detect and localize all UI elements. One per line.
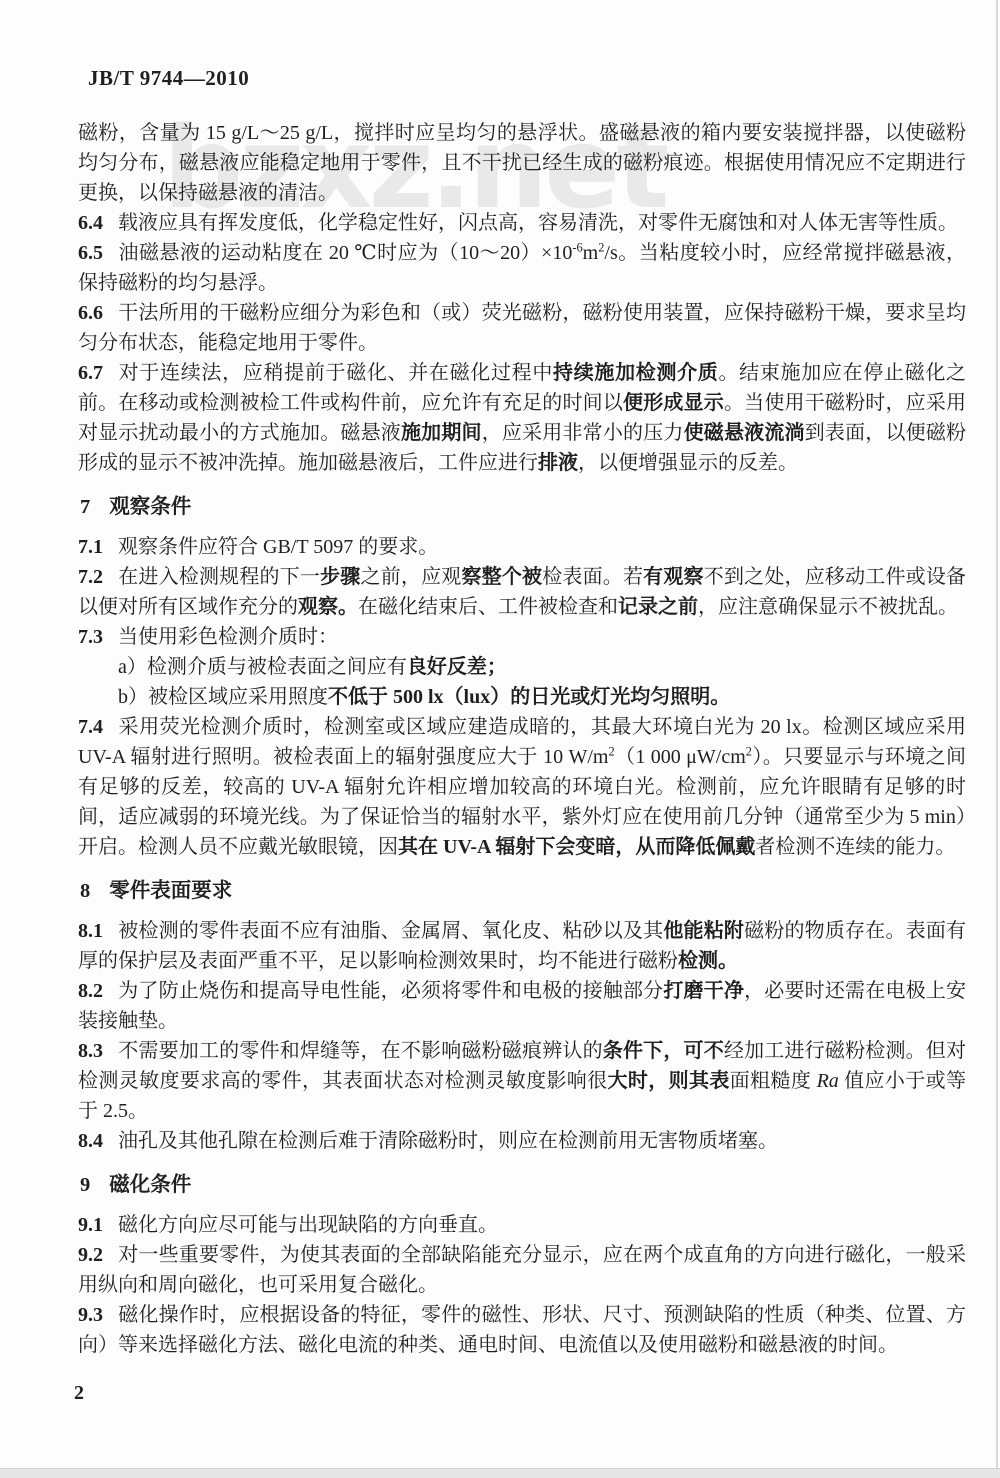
text-run: 零件表面要求 <box>109 880 232 902</box>
text-run: 观察条件应符合 GB/T 5097 的要求。 <box>118 536 438 558</box>
clause-number: 8.3 <box>78 1040 103 1062</box>
clause-number: 6.6 <box>78 302 103 324</box>
text-run: 磁粉，含量为 15 g/L～25 g/L，搅拌时应呈均匀的悬浮状。盛磁悬液的箱内… <box>78 122 966 204</box>
clause-number: 7.1 <box>78 536 103 558</box>
text-run: 排液 <box>538 452 578 474</box>
clause-8.1: 8.1被检测的零件表面不应有油脂、金属屑、氧化皮、粘砂以及其他能粘附磁粉的物质存… <box>78 916 966 976</box>
text-run: a）检测介质与被检表面之间应有 <box>118 656 407 678</box>
text-run: 对一些重要零件，为使其表面的全部缺陷能充分显示，应在两个成直角的方向进行磁化，一… <box>78 1244 966 1296</box>
page-bottom-edge <box>0 1468 1000 1478</box>
clause-8.2: 8.2为了防止烧伤和提高导电性能，必须将零件和电极的接触部分打磨干净，必要时还需… <box>78 976 966 1036</box>
clause-number: 7 <box>80 496 90 518</box>
text-run: 对于连续法，应稍提前于磁化、并在磁化过程中 <box>118 362 553 384</box>
clause-7.1: 7.1观察条件应符合 GB/T 5097 的要求。 <box>78 532 966 562</box>
list-item: a）检测介质与被检表面之间应有良好反差； <box>118 652 966 682</box>
clause-number: 7.3 <box>78 626 103 648</box>
text-run: 察整个被 <box>461 566 542 588</box>
text-run: ，应采用非常小的压力 <box>482 422 684 444</box>
clause-number: 9.2 <box>78 1244 103 1266</box>
text-run: Ra <box>817 1070 839 1092</box>
text-run: 不低于 500 lx（lux）的日光或灯光均匀照明。 <box>328 686 730 708</box>
text-run: 观察条件 <box>109 496 191 518</box>
text-run: 面粗糙度 <box>730 1070 817 1092</box>
page-number: 2 <box>74 1382 84 1405</box>
text-run: 有观察 <box>643 566 704 588</box>
clause-number: 6.7 <box>78 362 103 384</box>
section-heading-9: 9磁化条件 <box>80 1170 966 1200</box>
text-run: 油孔及其他孔隙在检测后难于清除磁粉时，则应在检测前用无害物质堵塞。 <box>118 1130 778 1152</box>
text-run: 条件下，可不 <box>603 1040 724 1062</box>
standard-number: JB/T 9744—2010 <box>88 66 249 91</box>
paragraph: 磁粉，含量为 15 g/L～25 g/L，搅拌时应呈均匀的悬浮状。盛磁悬液的箱内… <box>78 118 966 208</box>
clause-6.4: 6.4载液应具有挥发度低，化学稳定性好，闪点高，容易清洗，对零件无腐蚀和对人体无… <box>78 208 966 238</box>
text-run: 磁化条件 <box>109 1174 191 1196</box>
text-run: 步骤 <box>320 566 360 588</box>
text-run: 之前，应观 <box>361 566 462 588</box>
text-run: 使磁悬液流淌 <box>684 422 805 444</box>
text-run: 干法所用的干磁粉应细分为彩色和（或）荧光磁粉，磁粉使用装置，应保持磁粉干燥，要求… <box>78 302 966 354</box>
text-run: 他能粘附 <box>663 920 744 942</box>
text-run: 磁化方向应尽可能与出现缺陷的方向垂直。 <box>118 1214 498 1236</box>
text-run: 观察。 <box>298 596 358 618</box>
clause-7.4: 7.4采用荧光检测介质时，检测室或区域应建造成暗的，其最大环境白光为 20 lx… <box>78 712 966 862</box>
clause-6.6: 6.6干法所用的干磁粉应细分为彩色和（或）荧光磁粉，磁粉使用装置，应保持磁粉干燥… <box>78 298 966 358</box>
clause-number: 8.1 <box>78 920 103 942</box>
text-run: ，以便增强显示的反差。 <box>578 452 798 474</box>
clause-6.7: 6.7对于连续法，应稍提前于磁化、并在磁化过程中持续施加检测介质。结束施加应在停… <box>78 358 966 478</box>
text-run: 磁化操作时，应根据设备的特征，零件的磁性、形状、尺寸、预测缺陷的性质（种类、位置… <box>78 1304 966 1356</box>
text-run: m <box>583 242 599 264</box>
clause-9.2: 9.2对一些重要零件，为使其表面的全部缺陷能充分显示，应在两个成直角的方向进行磁… <box>78 1240 966 1300</box>
document-page: bzxz.net JB/T 9744—2010 磁粉，含量为 15 g/L～25… <box>0 0 1000 1478</box>
clause-9.3: 9.3磁化操作时，应根据设备的特征，零件的磁性、形状、尺寸、预测缺陷的性质（种类… <box>78 1300 966 1360</box>
text-run: 不需要加工的零件和焊缝等，在不影响磁粉磁痕辨认的 <box>118 1040 603 1062</box>
text-run: -6 <box>572 240 582 254</box>
text-run: b）被检区域应采用照度 <box>118 686 328 708</box>
document-body: 磁粉，含量为 15 g/L～25 g/L，搅拌时应呈均匀的悬浮状。盛磁悬液的箱内… <box>78 118 966 1360</box>
text-run: 者检测不连续的能力。 <box>755 836 955 858</box>
clause-number: 8.2 <box>78 980 103 1002</box>
text-run: 记录之前 <box>618 596 698 618</box>
text-run: 被检测的零件表面不应有油脂、金属屑、氧化皮、粘砂以及其 <box>118 920 663 942</box>
clause-number: 8.4 <box>78 1130 103 1152</box>
list-item: b）被检区域应采用照度不低于 500 lx（lux）的日光或灯光均匀照明。 <box>118 682 966 712</box>
text-run: 施加期间 <box>401 422 482 444</box>
text-run: 为了防止烧伤和提高导电性能，必须将零件和电极的接触部分 <box>118 980 663 1002</box>
text-run: 其在 UV-A 辐射下会变暗，从而降低佩戴 <box>398 836 755 858</box>
section-heading-7: 7观察条件 <box>80 492 966 522</box>
clause-number: 6.4 <box>78 212 103 234</box>
clause-7.2: 7.2在进入检测规程的下一步骤之前，应观察整个被检表面。若有观察不到之处，应移动… <box>78 562 966 622</box>
clause-6.5: 6.5油磁悬液的运动粘度在 20 ℃时应为（10～20）×10-6m2/s。当粘… <box>78 238 966 298</box>
clause-8.3: 8.3不需要加工的零件和焊缝等，在不影响磁粉磁痕辨认的条件下，可不经加工进行磁粉… <box>78 1036 966 1126</box>
clause-number: 9 <box>80 1174 90 1196</box>
clause-number: 8 <box>80 880 90 902</box>
clause-8.4: 8.4油孔及其他孔隙在检测后难于清除磁粉时，则应在检测前用无害物质堵塞。 <box>78 1126 966 1156</box>
text-run: 当使用彩色检测介质时： <box>118 626 338 648</box>
clause-9.1: 9.1磁化方向应尽可能与出现缺陷的方向垂直。 <box>78 1210 966 1240</box>
text-run: 在磁化结束后、工件被检查和 <box>358 596 618 618</box>
text-run: ，应注意确保显示不被扰乱。 <box>698 596 958 618</box>
clause-number: 6.5 <box>78 242 103 264</box>
clause-7.3: 7.3当使用彩色检测介质时： <box>78 622 966 652</box>
text-run: 打磨干净 <box>663 980 744 1002</box>
clause-number: 7.4 <box>78 716 103 738</box>
text-run: 载液应具有挥发度低，化学稳定性好，闪点高，容易清洗，对零件无腐蚀和对人体无害等性… <box>118 212 958 234</box>
text-run: 持续施加检测介质 <box>553 362 718 384</box>
clause-number: 9.3 <box>78 1304 103 1326</box>
text-run: （1 000 μW/cm <box>615 746 746 768</box>
clause-number: 7.2 <box>78 566 103 588</box>
text-run: 在进入检测规程的下一 <box>118 566 320 588</box>
text-run: 良好反差； <box>407 656 507 678</box>
text-run: 大时，则其表 <box>608 1070 730 1092</box>
text-run: 检表面。若 <box>542 566 643 588</box>
page-right-edge <box>996 0 998 1478</box>
text-run: 便形成显示 <box>623 392 724 414</box>
section-heading-8: 8零件表面要求 <box>80 876 966 906</box>
text-run: 油磁悬液的运动粘度在 20 ℃时应为（10～20）×10 <box>118 242 572 264</box>
clause-number: 9.1 <box>78 1214 103 1236</box>
text-run: 检测。 <box>678 950 738 972</box>
